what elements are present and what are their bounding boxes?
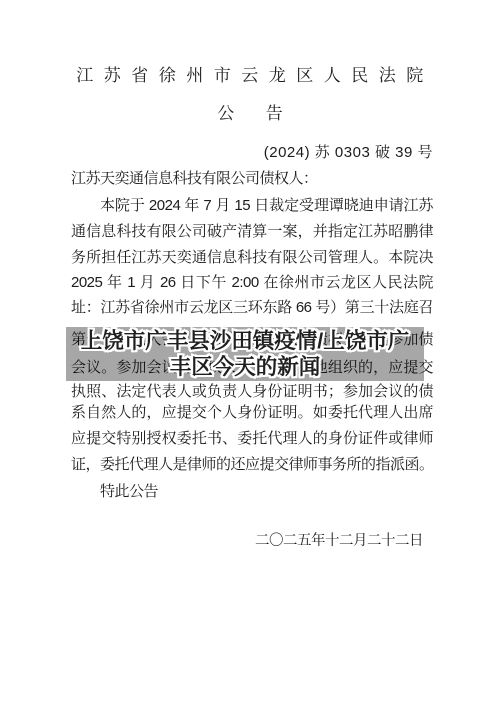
headline-line-2: 丰区今天的新闻 — [46, 354, 444, 380]
case-number: (2024) 苏 0303 破 39 号 — [264, 141, 433, 165]
body-line: 2025 年 1 月 26 日下午 2:00 在徐州市云龙区人民法院（地 — [71, 269, 433, 296]
court-title: 江苏省徐州市云龙区人民法院 — [0, 64, 500, 88]
headline-overlay-band: 上饶市广丰县沙田镇疫情/上饶市广 丰区今天的新闻 — [66, 327, 424, 381]
issue-date: 二〇二五年十二月二十二日 — [255, 530, 423, 552]
headline-line-1: 上饶市广丰县沙田镇疫情/上饶市广 — [46, 328, 444, 354]
body-line: 址：江苏省徐州市云龙区三环东路 66 号）第三十法庭召开 — [71, 294, 433, 321]
document-page: 江苏省徐州市云龙区人民法院 公 告 (2024) 苏 0303 破 39 号 江… — [0, 0, 500, 706]
body-line: 应提交特别授权委托书、委托代理人的身份证件或律师执业 — [71, 425, 433, 452]
body-line: 通信息科技有限公司破产清算一案，并指定江苏昭鹏律师事 — [71, 218, 433, 245]
notice-type-heading: 公 告 — [0, 102, 500, 126]
headline-overlay-title: 上饶市广丰县沙田镇疫情/上饶市广 丰区今天的新闻 — [46, 327, 444, 380]
body-line: 特此公告 — [71, 478, 433, 505]
body-line: 系自然人的，应提交个人身份证明。如委托代理人出席会议， — [71, 399, 433, 426]
body-line: 证，委托代理人是律师的还应提交律师事务所的指派函。 — [71, 451, 433, 478]
body-line: 务所担任江苏天奕通信息科技有限公司管理人。本院决定于 — [71, 244, 433, 271]
body-line: 本院于 2024 年 7 月 15 日裁定受理谭晓迪申请江苏天奕 — [71, 192, 433, 219]
body-line: 江苏天奕通信息科技有限公司债权人： — [71, 165, 433, 192]
